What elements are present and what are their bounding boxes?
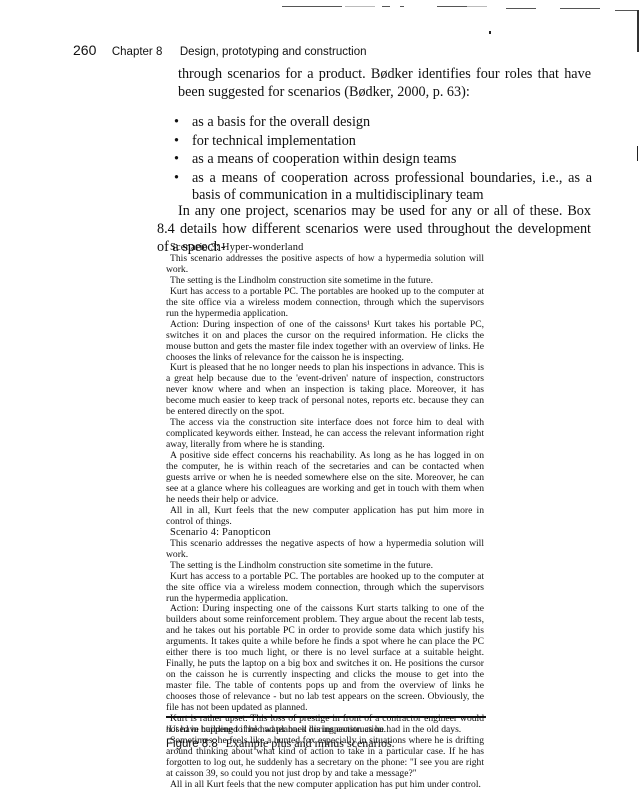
scenario-paragraph: The setting is the Lindholm construction… bbox=[166, 561, 484, 572]
scan-artifact-line bbox=[437, 6, 467, 7]
scan-artifact-line bbox=[615, 10, 639, 11]
scenario-paragraph: All in all, Kurt feels that the new comp… bbox=[166, 506, 484, 528]
footnote-rule bbox=[166, 716, 486, 718]
list-item: for technical implementation bbox=[172, 133, 592, 151]
chapter-label: Chapter 8 bbox=[112, 46, 163, 58]
scan-artifact-line bbox=[467, 6, 487, 7]
page-number: 260 bbox=[73, 42, 96, 58]
roles-list: as a basis for the overall design for te… bbox=[172, 114, 592, 206]
scenario-paragraph: A positive side effect concerns his reac… bbox=[166, 451, 484, 506]
figure-8-8: Scenario 3: Hyper-wonderland This scenar… bbox=[166, 243, 484, 791]
scenario-paragraph: Action: During inspecting one of the cai… bbox=[166, 604, 484, 714]
scenario-paragraph: This scenario addresses the negative asp… bbox=[166, 539, 484, 561]
scenario-paragraph: This scenario addresses the positive asp… bbox=[166, 254, 484, 276]
list-item: as a basis for the overall design bbox=[172, 114, 592, 132]
scenario-paragraph: Kurt has access to a portable PC. The po… bbox=[166, 572, 484, 605]
caption-label: Figure 8.8 bbox=[166, 738, 218, 750]
page-edge-mark bbox=[637, 10, 639, 52]
scenario-paragraph: All in all Kurt feels that the new compu… bbox=[166, 780, 484, 791]
figure-caption: Figure 8.8 Example plus and minus scenar… bbox=[166, 736, 395, 751]
chapter-title: Design, prototyping and construction bbox=[180, 46, 367, 58]
scan-speck bbox=[489, 31, 491, 34]
scan-artifact-line bbox=[400, 6, 404, 7]
margin-change-bar bbox=[637, 146, 638, 161]
scan-artifact-line bbox=[282, 6, 342, 7]
scan-artifact-line bbox=[560, 8, 600, 9]
scenario-paragraph: Kurt has access to a portable PC. The po… bbox=[166, 287, 484, 320]
footnote: ¹Used in building to hold water back dur… bbox=[166, 724, 386, 735]
scan-artifact-line bbox=[506, 8, 536, 9]
scenario-paragraph: The access via the construction site int… bbox=[166, 418, 484, 451]
list-item: as a means of cooperation within design … bbox=[172, 151, 592, 169]
caption-text: Example plus and minus scenarios. bbox=[226, 736, 395, 750]
running-head: 260 Chapter 8 Design, prototyping and co… bbox=[73, 42, 367, 58]
scenario-paragraph: Kurt is pleased that he no longer needs … bbox=[166, 363, 484, 418]
intro-paragraph: through scenarios for a product. Bødker … bbox=[178, 65, 591, 101]
list-item: as a means of cooperation across profess… bbox=[172, 170, 592, 205]
scenario-paragraph: Action: During inspection of one of the … bbox=[166, 320, 484, 364]
scan-artifact-line bbox=[345, 6, 375, 7]
scan-artifact-line bbox=[382, 6, 390, 7]
